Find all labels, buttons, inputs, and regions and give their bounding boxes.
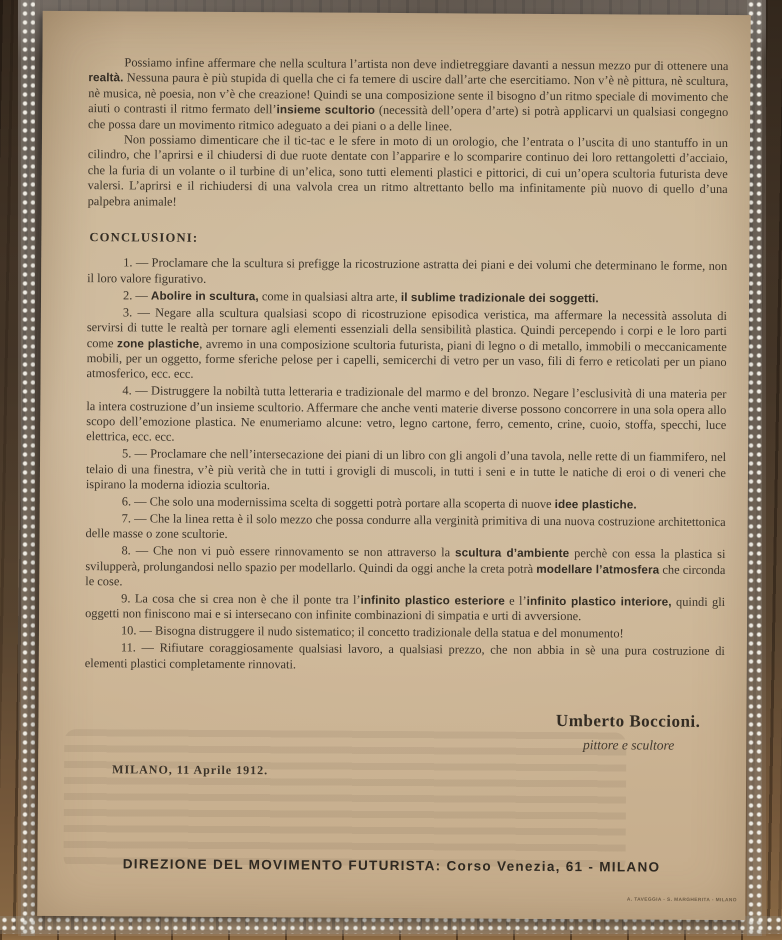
conclusion-item: 11. — Rifiutare coraggiosamente qualsias… [85, 640, 725, 675]
intro-paragraphs: Possiamo infine affermare che nella scul… [88, 55, 729, 213]
body-text: 7. — Che la linea retta è il solo mezzo … [86, 511, 726, 541]
emphasis-text: insieme scultorio [277, 103, 376, 117]
conclusion-item: 6. — Che solo una modernissima scelta di… [86, 494, 726, 513]
emphasis-text: infinito plastico interiore, [527, 595, 672, 609]
conclusion-item: 1. — Proclamare che la scultura si prefi… [87, 256, 727, 291]
emphasis-text: modellare l’atmosfera [536, 563, 659, 577]
body-text: e l’ [505, 594, 527, 608]
emphasis-text: realtà. [88, 72, 123, 85]
body-text: 11. — Rifiutare coraggiosamente qualsias… [85, 641, 725, 671]
conclusion-item: 4. — Distruggere la nobiltà tutta letter… [86, 383, 726, 449]
intro-paragraph: Non possiamo dimenticare che il tic-tac … [88, 132, 728, 213]
conclusion-item: 2. — Abolire in scultura, come in qualsi… [87, 288, 727, 307]
document-text: Possiamo infine affermare che nella scul… [37, 11, 751, 920]
body-text: 10. — Bisogna distruggere il nudo sistem… [121, 624, 624, 641]
emphasis-text: infinito plastico esteriore [361, 594, 505, 608]
signature-role: pittore e scultore [583, 737, 674, 754]
document-page: Possiamo infine affermare che nella scul… [37, 11, 751, 920]
conclusion-item: 3. — Negare alla scultura qualsiasi scop… [87, 305, 727, 386]
conclusion-item: 9. La cosa che si crea non è che il pont… [85, 591, 725, 626]
signature-name: Umberto Boccioni. [556, 711, 701, 732]
conclusions-heading: CONCLUSIONI: [89, 230, 727, 249]
emphasis-text: scultura d’ambiente [455, 547, 569, 561]
emphasis-text: zone plastiche [117, 337, 199, 351]
body-text: 2. — [123, 288, 151, 302]
body-text: 6. — Che solo una modernissima scelta di… [122, 494, 555, 511]
body-text: 5. — Proclamare che nell’intersecazione … [86, 447, 726, 493]
body-text: 1. — Proclamare che la scultura si prefi… [87, 256, 727, 286]
body-text: 8. — Che non vi può essere rinnovamento … [121, 544, 455, 560]
conclusion-item: 8. — Che non vi può essere rinnovamento … [85, 543, 725, 593]
conclusion-item: 10. — Bisogna distruggere il nudo sistem… [85, 623, 725, 642]
emphasis-text: Abolire in scultura, [151, 289, 259, 303]
dateline: MILANO, 11 Aprile 1912. [112, 762, 268, 778]
body-text: Non possiamo dimenticare che il tic-tac … [88, 132, 728, 208]
body-text: come in qualsiasi altra arte, [259, 289, 401, 304]
printer-mark: A. TAVEGGIA - S. MARGHERITA - MILANO [627, 897, 737, 902]
emphasis-text: idee plastiche. [555, 498, 637, 512]
conclusion-item: 7. — Che la linea retta è il solo mezzo … [86, 511, 726, 546]
conclusions-list: 1. — Proclamare che la scultura si prefi… [85, 256, 728, 675]
sleeve-stitch-left [21, 0, 35, 936]
intro-paragraph: Possiamo infine affermare che nella scul… [88, 55, 728, 136]
body-text: 9. La cosa che si crea non è che il pont… [121, 591, 360, 606]
body-text: 4. — Distruggere la nobiltà tutta letter… [86, 384, 726, 445]
conclusion-item: 5. — Proclamare che nell’intersecazione … [86, 446, 726, 496]
emphasis-text: il sublime tradizionale dei soggetti. [401, 291, 599, 305]
